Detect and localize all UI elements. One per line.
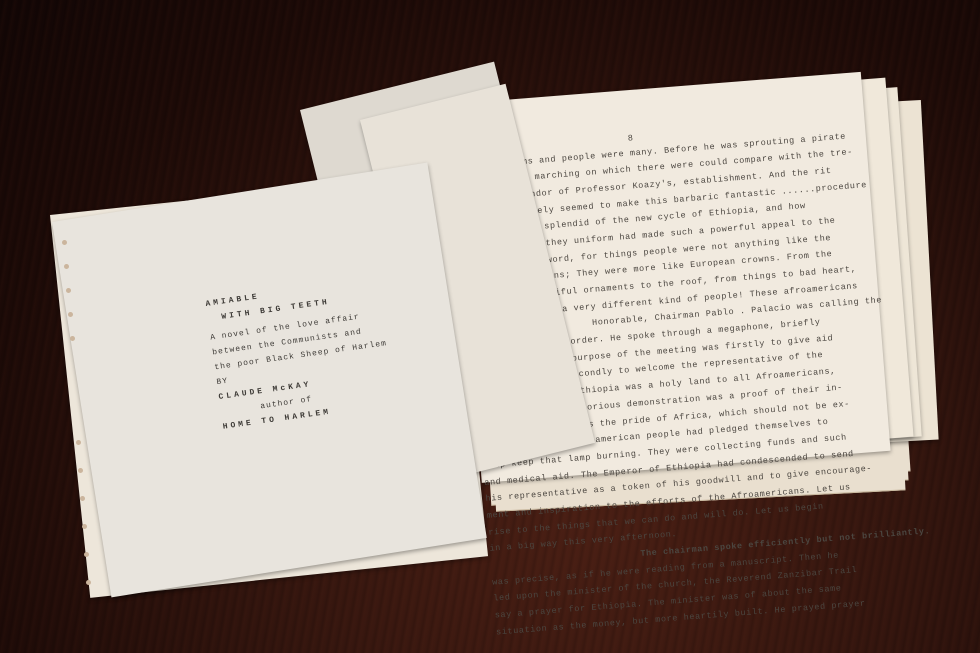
punch-hole — [66, 288, 71, 293]
punch-hole — [62, 240, 67, 245]
punch-hole — [80, 496, 85, 501]
punch-hole — [76, 440, 81, 445]
title-page-text: AMIABLE WITH BIG TEETH A novel of the lo… — [205, 276, 397, 438]
punch-hole — [70, 336, 75, 341]
punch-hole — [78, 468, 83, 473]
punch-hole — [84, 552, 89, 557]
punch-hole — [82, 524, 87, 529]
punch-hole — [64, 264, 69, 269]
punch-hole — [86, 580, 91, 585]
punch-hole — [68, 312, 73, 317]
